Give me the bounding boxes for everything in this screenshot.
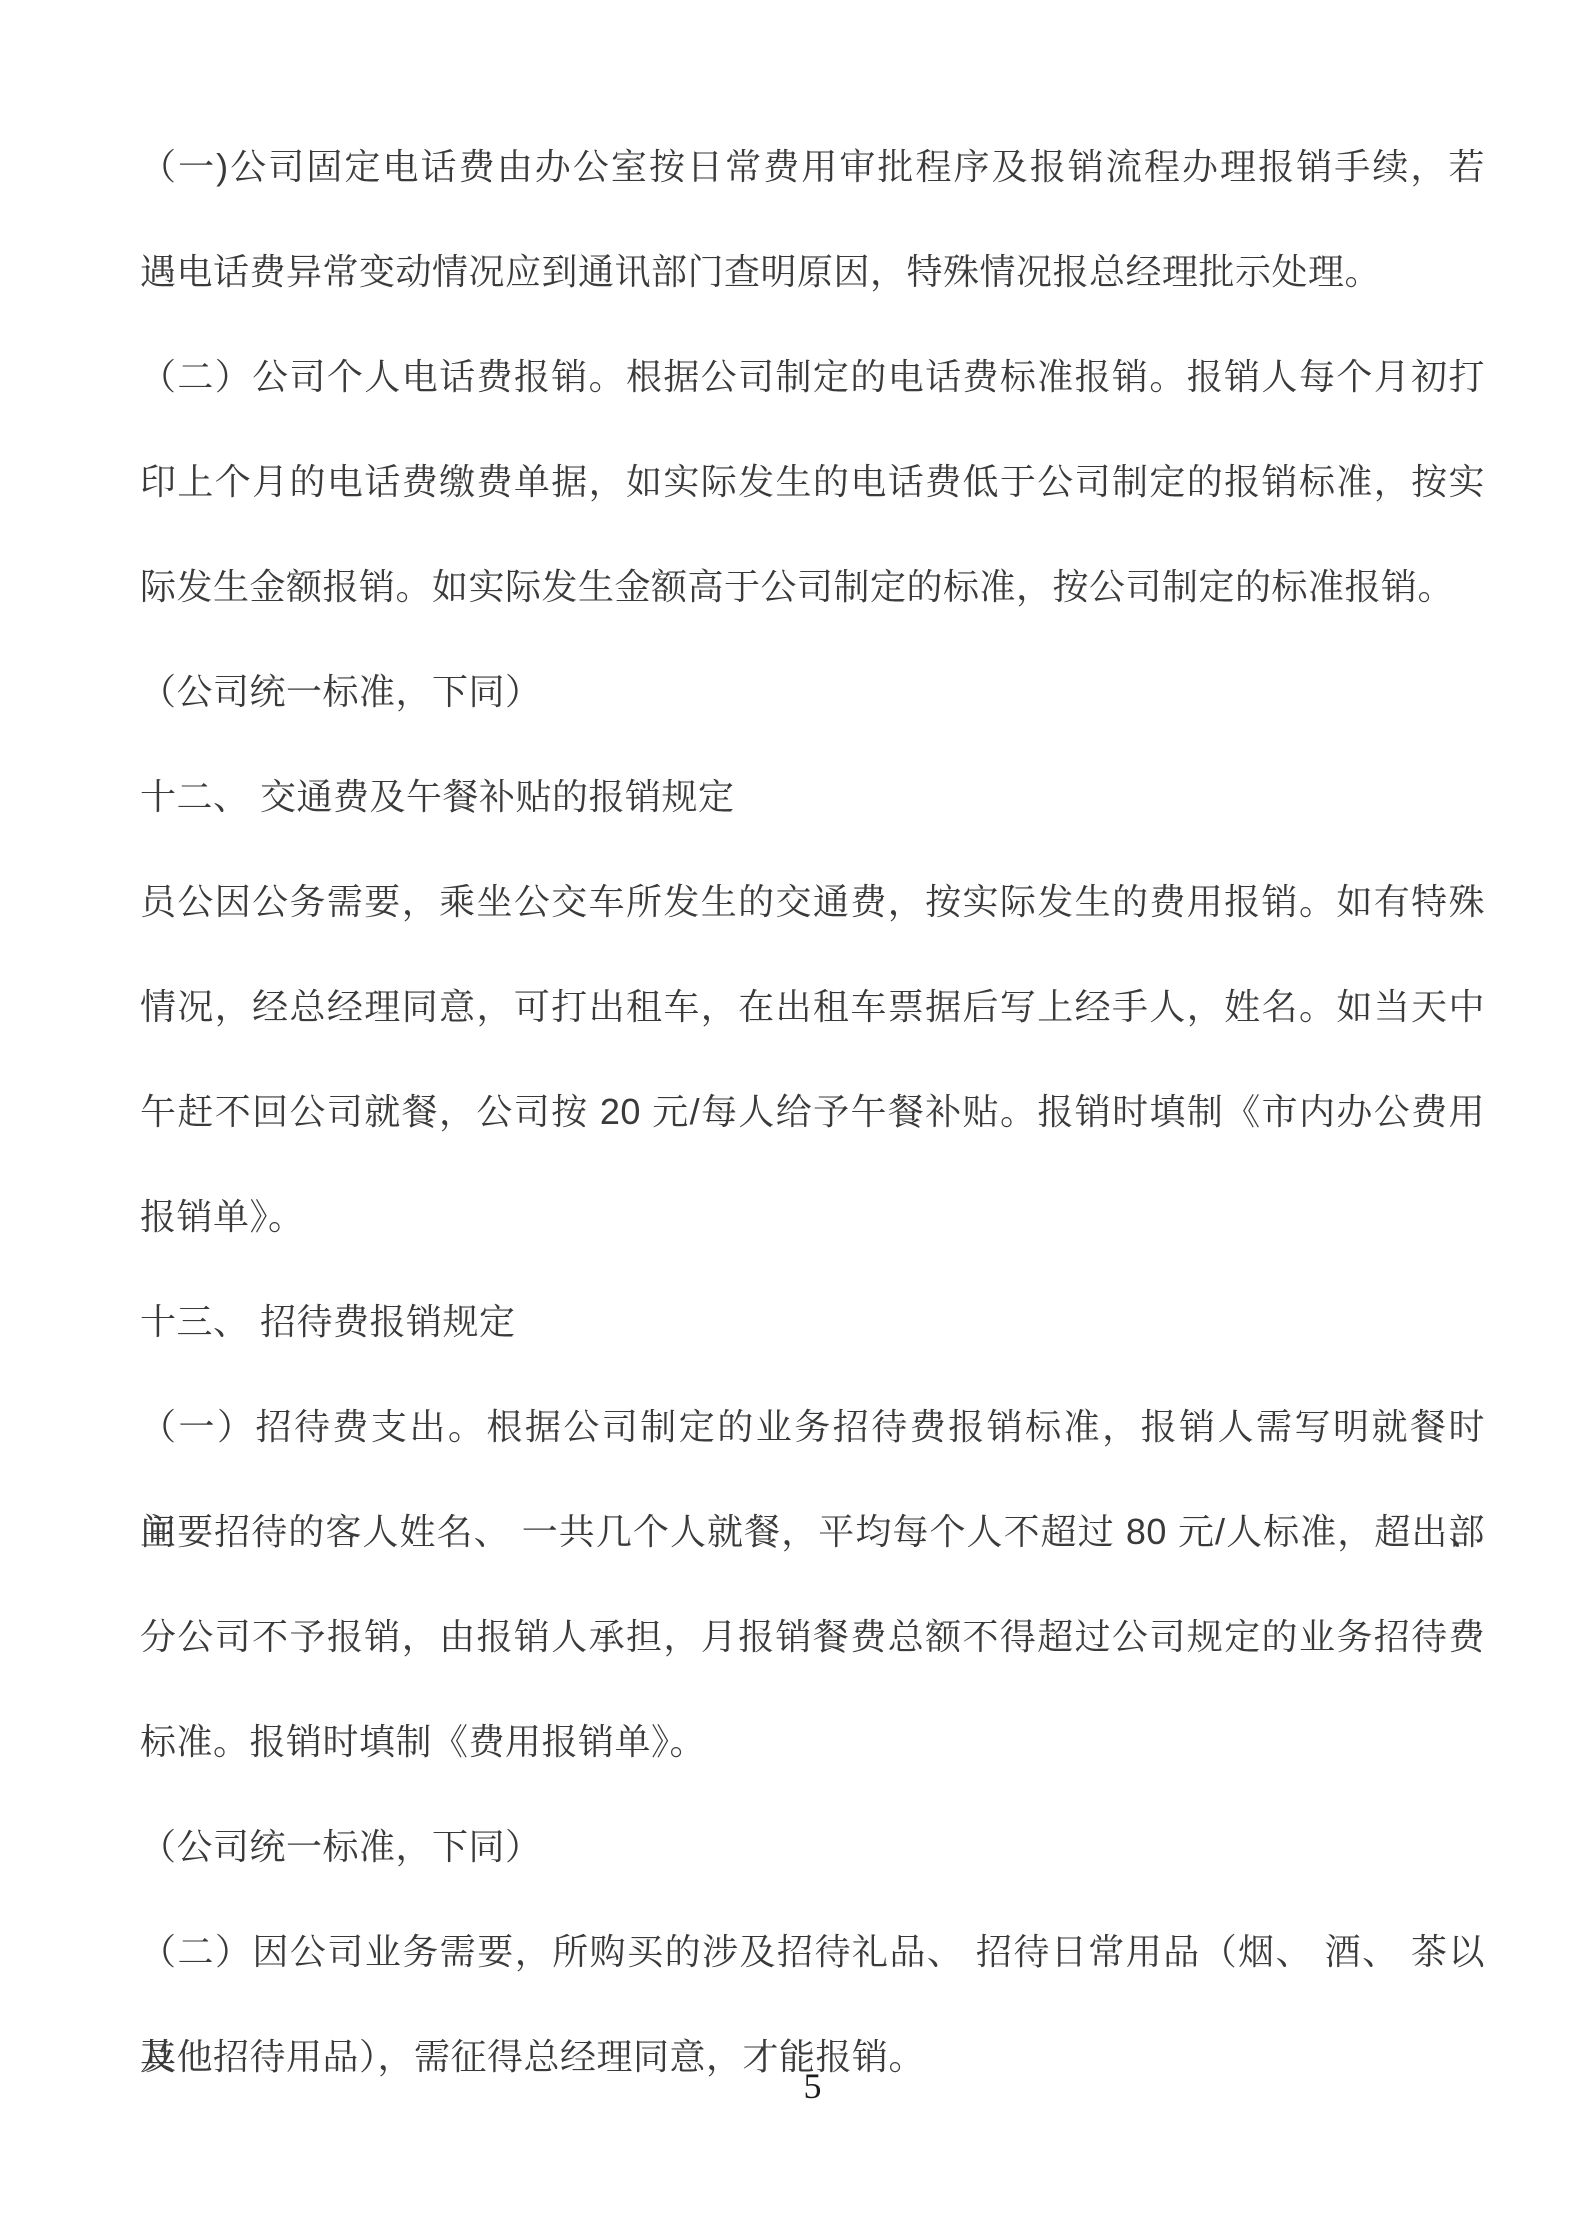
section-heading: 十三、 招待费报销规定 <box>140 1269 1485 1374</box>
text-line: （一)公司固定电话费由办公室按日常费用审批程序及报销流程办理报销手续，若 <box>140 114 1485 219</box>
text-line: 遇电话费异常变动情况应到通讯部门查明原因，特殊情况报总经理批示处理。 <box>140 219 1485 324</box>
text-line: （一）招待费支出。根据公司制定的业务招待费报销标准，报销人需写明就餐时间、 <box>140 1374 1485 1479</box>
page-number: 5 <box>140 2062 1485 2110</box>
document-text: （一)公司固定电话费由办公室按日常费用审批程序及报销流程办理报销手续，若遇电话费… <box>140 114 1485 2109</box>
text-line: （二）因公司业务需要，所购买的涉及招待礼品、 招待日常用品（烟、 酒、 茶以及 <box>140 1899 1485 2004</box>
text-line: 分公司不予报销，由报销人承担，月报销餐费总额不得超过公司规定的业务招待费 <box>140 1584 1485 1689</box>
section-heading: 十二、 交通费及午餐补贴的报销规定 <box>140 744 1485 849</box>
text-line: 主要招待的客人姓名、 一共几个人就餐，平均每个人不超过 80 元/人标准，超出部 <box>140 1479 1485 1584</box>
text-line: 标准。报销时填制《费用报销单》。 <box>140 1689 1485 1794</box>
text-line: 报销单》。 <box>140 1164 1485 1269</box>
text-line: 午赶不回公司就餐，公司按 20 元/每人给予午餐补贴。报销时填制《市内办公费用 <box>140 1059 1485 1164</box>
text-line: 印上个月的电话费缴费单据，如实际发生的电话费低于公司制定的报销标准，按实 <box>140 429 1485 534</box>
text-line: 际发生金额报销。如实际发生金额高于公司制定的标准，按公司制定的标准报销。 <box>140 534 1485 639</box>
document-page: （一)公司固定电话费由办公室按日常费用审批程序及报销流程办理报销手续，若遇电话费… <box>0 0 1580 2237</box>
text-line: （二）公司个人电话费报销。根据公司制定的电话费标准报销。报销人每个月初打 <box>140 324 1485 429</box>
text-line: 员公因公务需要，乘坐公交车所发生的交通费，按实际发生的费用报销。如有特殊 <box>140 849 1485 954</box>
text-line: 情况，经总经理同意，可打出租车，在出租车票据后写上经手人，姓名。如当天中 <box>140 954 1485 1059</box>
text-line: （公司统一标准，下同） <box>140 639 1485 744</box>
text-line: （公司统一标准，下同） <box>140 1794 1485 1899</box>
